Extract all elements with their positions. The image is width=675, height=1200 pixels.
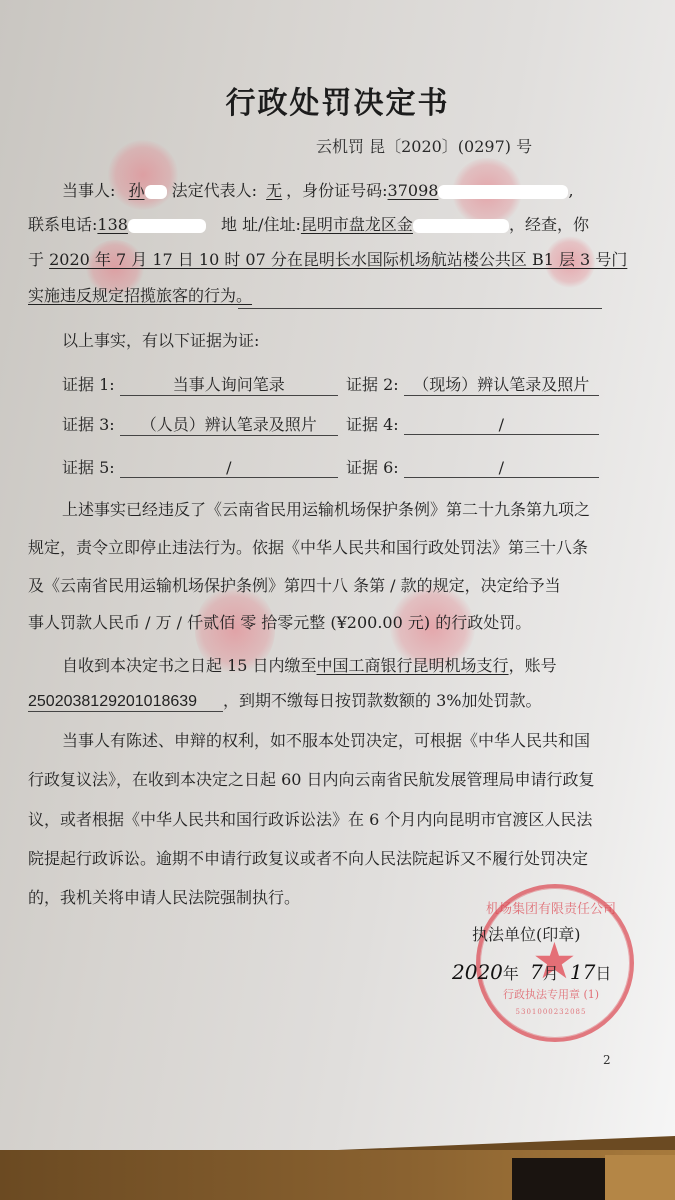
redaction-mark <box>413 219 509 233</box>
rights-line-4: 院提起行政诉讼。逾期不申请行政复议或者不向人民法院起诉又不履行处罚决定 <box>28 846 588 869</box>
desk-shadow <box>512 1158 612 1200</box>
address-label: 地 址/住址: <box>221 215 301 234</box>
address-value: 昆明市盘龙区金 <box>301 215 413 234</box>
evidence-label: 证据 3: <box>62 415 115 434</box>
evidence-label: 证据 6: <box>346 458 399 477</box>
handwritten-year: 2020 <box>452 960 503 984</box>
redaction-mark <box>438 185 568 199</box>
evidence-item-1: 证据 1: 当事人询问笔录 <box>62 372 338 396</box>
seal-subtext: 行政执法专用章 (1) <box>476 986 626 1002</box>
facts-line-2: 实施违反规定招揽旅客的行为。 <box>28 283 252 306</box>
id-label: ，身份证号码: <box>286 181 387 200</box>
evidence-value: （人员）辨认笔录及照片 <box>120 412 338 436</box>
legal-rep-label: 法定代表人: <box>172 181 257 200</box>
redaction-mark <box>128 219 206 233</box>
handwritten-day: 17 <box>570 960 595 984</box>
underline-rule <box>238 308 602 309</box>
evidence-value: / <box>404 458 599 478</box>
phone-number: 138 <box>97 215 128 234</box>
seal-code: 5301000232085 <box>476 1008 626 1016</box>
evidence-value: 当事人询问笔录 <box>120 372 338 396</box>
bank-name: 中国工商银行昆明机场支行 <box>317 656 509 675</box>
rights-line-1: 当事人有陈述、申辩的权利，如不服本处罚决定，可根据《中华人民共和国 <box>62 728 590 751</box>
contact-line: 联系电话:138 地 址/住址:昆明市盘龙区金，经查，你 <box>28 212 589 235</box>
seal-text: 机场集团有限责任公司 <box>476 898 626 917</box>
document-number: 云机罚 昆〔2020〕(0297) 号 <box>316 134 532 157</box>
id-number: 37098 <box>388 181 439 200</box>
violation-line-4: 事人罚款人民币 / 万 / 仟贰佰 零 拾零元整 (¥200.00 元) 的行政… <box>28 610 531 633</box>
signature-date: 2020年 7月 17日 <box>452 960 611 984</box>
rights-line-3: 议，或者根据《中华人民共和国行政诉讼法》在 6 个月内向昆明市官渡区人民法 <box>28 807 592 830</box>
violation-line-2: 规定，责令立即停止违法行为。依据《中华人民共和国行政处罚法》第三十八条 <box>28 535 588 558</box>
after-address-text: ，经查，你 <box>509 215 589 234</box>
evidence-label: 证据 5: <box>62 458 115 477</box>
page-number: 2 <box>603 1053 611 1067</box>
rights-line-5: 的，我机关将申请人民法院强制执行。 <box>28 885 300 908</box>
month-char: 月 <box>543 964 559 983</box>
late-fee-text: ，到期不缴每日按罚款数额的 3%加处罚款。 <box>223 691 541 710</box>
facts-datetime-location: 2020 年 7 月 17 日 10 时 07 分在昆明长水国际机场航站楼公共区… <box>49 250 627 269</box>
party-label: 当事人: <box>62 181 115 200</box>
year-char: 年 <box>503 964 519 983</box>
evidence-intro: 以上事实，有以下证据为证: <box>62 328 259 351</box>
facts-line-1: 于 2020 年 7 月 17 日 10 时 07 分在昆明长水国际机场航站楼公… <box>28 247 627 270</box>
evidence-value: / <box>120 458 338 478</box>
document-title: 行政处罚决定书 <box>0 78 675 122</box>
evidence-label: 证据 4: <box>346 415 399 434</box>
payment-line-1: 自收到本决定书之日起 15 日内缴至中国工商银行昆明机场支行，账号 <box>62 653 557 676</box>
evidence-item-4: 证据 4: / <box>346 412 599 435</box>
phone-label: 联系电话: <box>28 215 97 234</box>
violation-line-3: 及《云南省民用运输机场保护条例》第四十八 条第 / 款的规定，决定给予当 <box>28 573 561 596</box>
legal-rep-value: 无 <box>266 181 282 200</box>
enforcement-unit-label: 执法单位(印章) <box>472 922 581 945</box>
violation-line-1: 上述事实已经违反了《云南省民用运输机场保护条例》第二十九条第九项之 <box>62 497 590 520</box>
desk-surface-right <box>605 1155 675 1200</box>
evidence-value: / <box>404 415 599 435</box>
redaction-mark <box>145 185 167 199</box>
evidence-item-3: 证据 3: （人员）辨认笔录及照片 <box>62 412 338 436</box>
party-name: 孙 <box>129 181 145 200</box>
evidence-label: 证据 1: <box>62 375 115 394</box>
facts-prefix: 于 <box>28 250 44 269</box>
day-char: 日 <box>595 964 611 983</box>
evidence-item-2: 证据 2: （现场）辨认笔录及照片 <box>346 372 599 396</box>
evidence-label: 证据 2: <box>346 375 399 394</box>
rights-line-2: 行政复议法》，在收到本决定之日起 60 日内向云南省民航发展管理局申请行政复 <box>28 767 595 790</box>
payment-prefix: 自收到本决定书之日起 15 日内缴至 <box>62 656 317 675</box>
evidence-item-6: 证据 6: / <box>346 455 599 478</box>
party-line: 当事人: 孙 法定代表人: 无，身份证号码:37098, <box>62 178 574 201</box>
evidence-value: （现场）辨认笔录及照片 <box>404 372 599 396</box>
account-label: ，账号 <box>509 656 557 675</box>
handwritten-month: 7 <box>530 960 543 984</box>
account-number: 2502038129201018639 <box>28 693 223 712</box>
payment-line-2: 2502038129201018639，到期不缴每日按罚款数额的 3%加处罚款。 <box>28 688 541 712</box>
facts-conduct: 实施违反规定招揽旅客的行为。 <box>28 286 252 305</box>
evidence-item-5: 证据 5: / <box>62 455 338 478</box>
